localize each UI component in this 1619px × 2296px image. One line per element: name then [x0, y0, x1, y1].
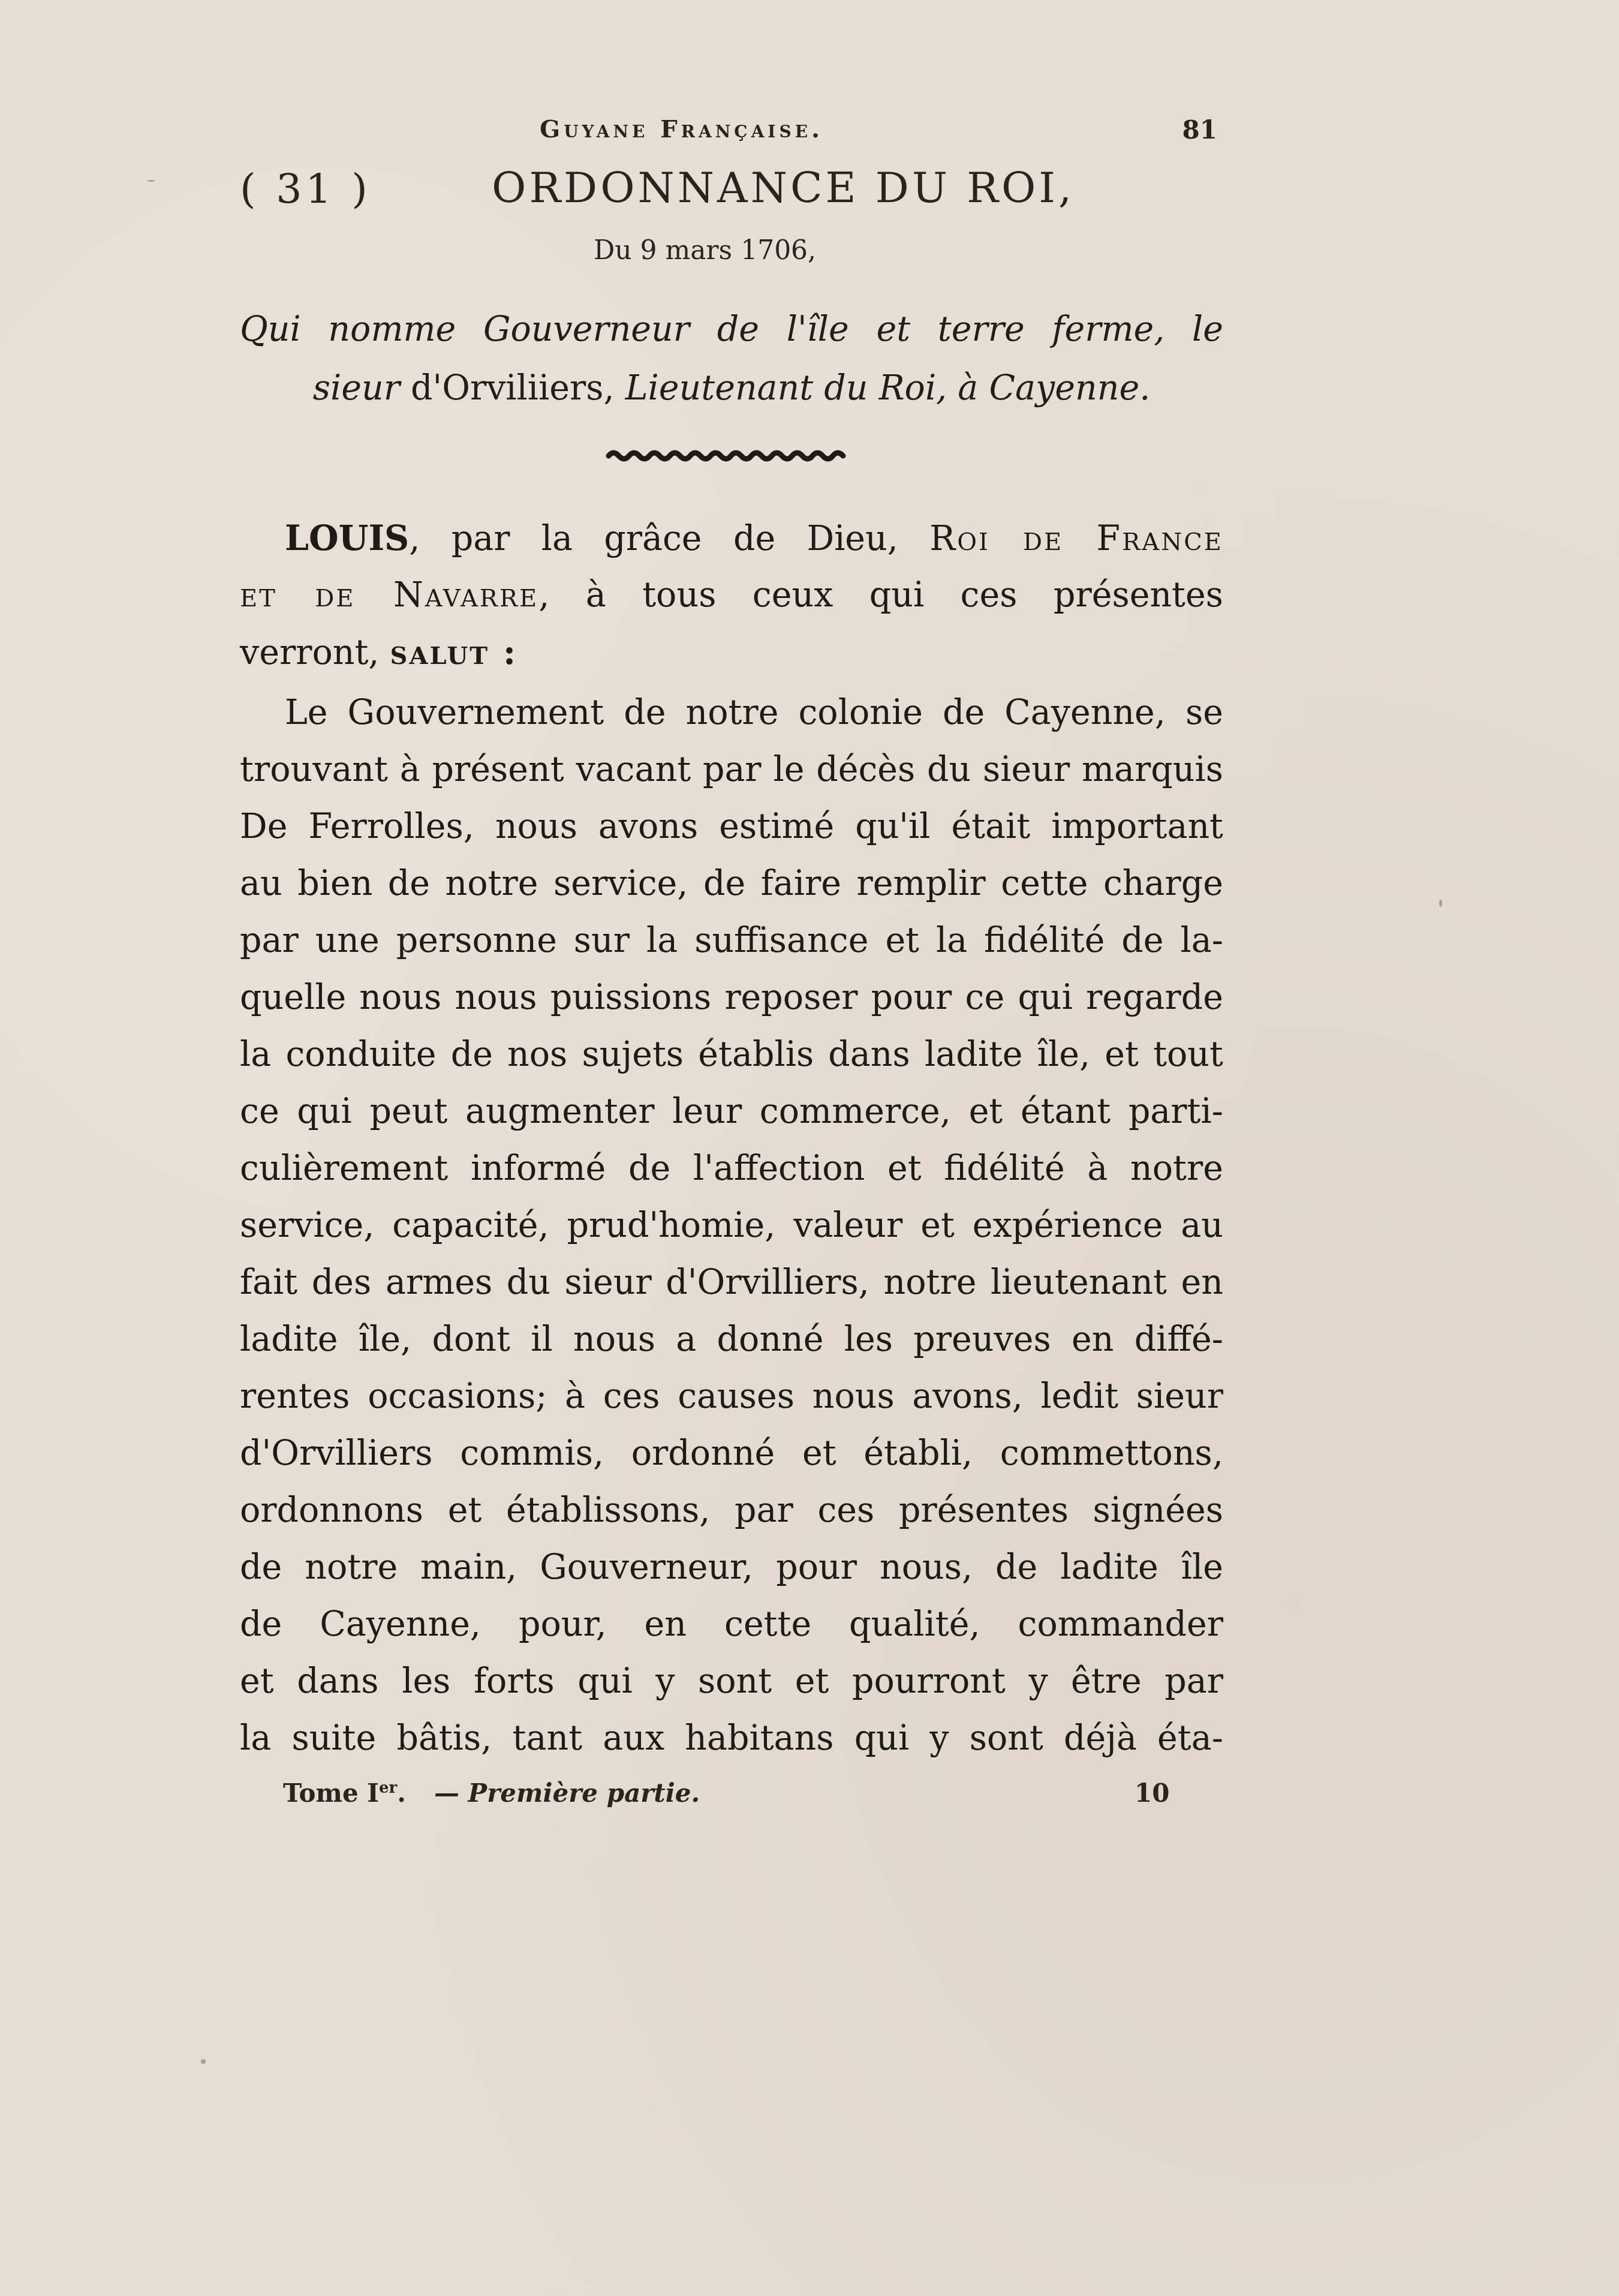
act-subject-title: Lieutenant du Roi, à Cayenne.	[625, 368, 1151, 408]
body-line: service, capacité, prud'homie, valeur et…	[240, 1197, 1223, 1254]
paper-speck	[147, 180, 155, 182]
body-line: et dans les forts qui y sont et pourront…	[240, 1653, 1223, 1710]
page-number: 81	[1182, 115, 1217, 145]
body-line: De Ferrolles, nous avons estimé qu'il ét…	[240, 798, 1223, 855]
paper-speck	[1439, 900, 1442, 907]
body-line: au bien de notre service, de faire rempl…	[240, 855, 1223, 912]
body-line: la suite bâtis, tant aux habitans qui y …	[240, 1710, 1223, 1767]
page-footer: Tome Ier. — Première partie. 10	[283, 1778, 1182, 1814]
wavy-rule-ornament-icon	[606, 447, 851, 465]
paper-speck	[201, 2059, 206, 2064]
body-line: rentes occasions; à ces causes nous avon…	[240, 1368, 1223, 1425]
act-number: ( 31 )	[240, 166, 371, 213]
king-name: LOUIS	[285, 518, 409, 558]
body-line: quelle nous nous puissions reposer pour …	[240, 969, 1223, 1026]
body-line: LOUIS, par la grâce de Dieu, Roi de Fran…	[240, 510, 1223, 567]
body-line: ce qui peut augmenter leur commerce, et …	[240, 1083, 1223, 1140]
body-line: de Cayenne, pour, en cette qualité, comm…	[240, 1596, 1223, 1653]
act-subject-sieur: sieur	[313, 368, 400, 408]
tome-label: Tome Ier.	[283, 1778, 406, 1808]
act-date: Du 9 mars 1706,	[594, 235, 816, 266]
body-line: ordonnons et établissons, par ces présen…	[240, 1482, 1223, 1539]
king-title: Roi de France	[929, 519, 1223, 558]
act-title: ORDONNANCE DU ROI,	[492, 163, 1075, 212]
body-line: de notre main, Gouverneur, pour nous, de…	[240, 1539, 1223, 1596]
act-subject-line-1: Qui nomme Gouverneur de l'île et terre f…	[240, 300, 1223, 359]
body-line: trouvant à présent vacant par le décès d…	[240, 741, 1223, 798]
body-line: fait des armes du sieur d'Orvilliers, no…	[240, 1254, 1223, 1311]
body-line: et de Navarre, à tous ceux qui ces prése…	[240, 567, 1223, 624]
body-line: la conduite de nos sujets établis dans l…	[240, 1026, 1223, 1083]
running-title: Guyane Française.	[540, 115, 823, 143]
act-subject: Qui nomme Gouverneur de l'île et terre f…	[240, 300, 1223, 417]
body-line: culièrement informé de l'affection et fi…	[240, 1140, 1223, 1197]
body-line: verront, salut :	[240, 624, 1223, 681]
ordinance-body: LOUIS, par la grâce de Dieu, Roi de Fran…	[240, 510, 1223, 1767]
body-line: par une personne sur la suffisance et la…	[240, 912, 1223, 969]
signature-mark: 10	[1134, 1778, 1169, 1808]
act-subject-name: d'Orviliiers,	[400, 368, 625, 408]
salut: salut :	[390, 632, 517, 672]
act-subject-line-2: sieur d'Orviliiers, Lieutenant du Roi, à…	[240, 359, 1223, 417]
running-head: Guyane Française. 81	[240, 115, 1223, 151]
part-label: — Première partie.	[434, 1778, 700, 1808]
body-line: d'Orvilliers commis, ordonné et établi, …	[240, 1425, 1223, 1482]
body-line: ladite île, dont il nous a donné les pre…	[240, 1311, 1223, 1368]
body-line: Le Gouvernement de notre colonie de Caye…	[240, 684, 1223, 741]
